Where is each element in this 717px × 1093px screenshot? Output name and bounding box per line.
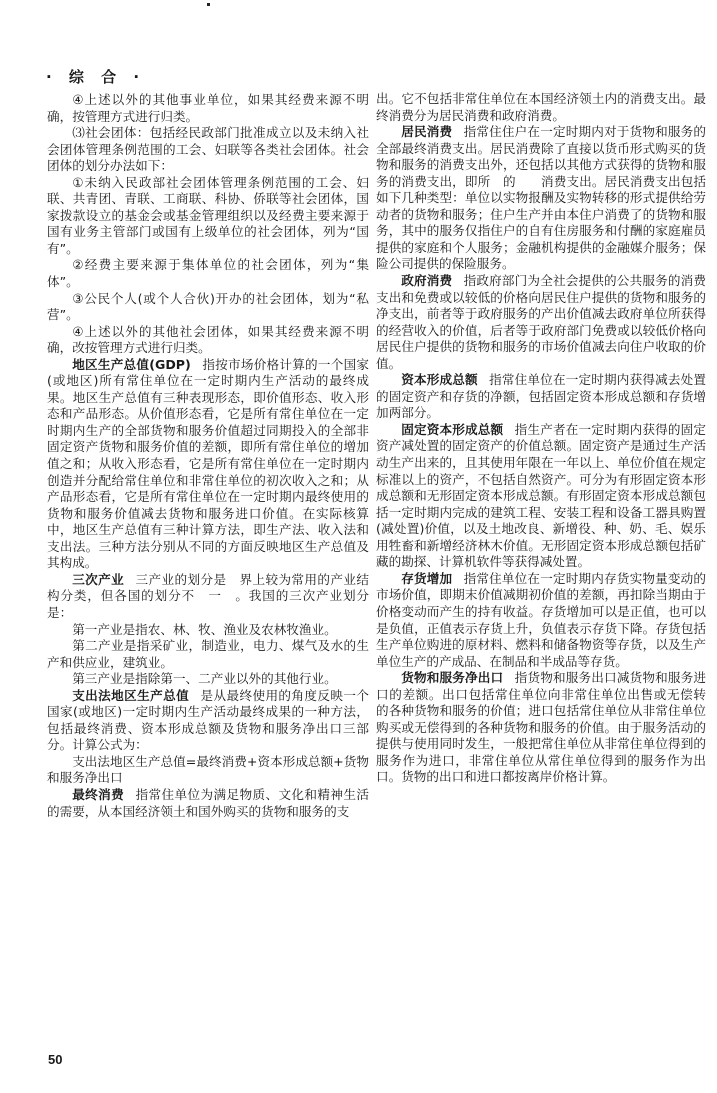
left-column: ④上述以外的其他事业单位，如果其经费来源不明确，按管理方式进行归类。⑶社会团体：… [47,92,369,820]
paragraph: ④上述以外的其他社会团体，如果其经费来源不明确，改按管理方式进行归类。 [47,324,369,357]
paragraph-text: ④上述以外的其他事业单位，如果其经费来源不明确，按管理方式进行归类。 [47,92,369,124]
term-heading: 固定资本形成总额 [401,422,503,437]
term-heading: 三次产业 [72,572,124,587]
paragraph: 固定资本形成总额指生产者在一定时期内获得的固定资产减处置的固定资产的价值总额。固… [376,422,706,571]
term-heading: 政府消费 [401,273,452,288]
term-heading: 居民消费 [401,124,452,139]
paragraph-text: ④上述以外的其他社会团体，如果其经费来源不明确，改按管理方式进行归类。 [47,324,369,356]
section-header: · 综 合 · [46,66,145,87]
paragraph-text: 第一产业是指农、林、牧、渔业及农林牧渔业。 [72,622,336,637]
term-heading: 最终消费 [72,787,124,802]
paragraph: 第一产业是指农、林、牧、渔业及农林牧渔业。 [47,622,369,639]
right-column: 出。它不包括非常住单位在本国经济领土内的消费支出。最终消费分为居民消费和政府消费… [376,91,706,786]
paragraph: ②经费主要来源于集体单位的社会团体，列为“集体”。 [47,257,369,290]
paragraph-text: 支出法地区生产总值=最终消费+资本形成总额+货物和服务净出口 [47,754,369,786]
term-heading: 地区生产总值(GDP) [72,357,191,372]
paragraph-text: ③公民个人(或个人合伙)开办的社会团体，划为“私营”。 [47,291,369,323]
paragraph: 出。它不包括非常住单位在本国经济领土内的消费支出。最终消费分为居民消费和政府消费… [376,91,706,124]
paragraph: 最终消费指常住单位为满足物质、文化和精神生活的需要，从本国经济领土和国外购买的货… [47,787,369,820]
paragraph: ①未纳入民政部社会团体管理条例范围的工会、妇联、共青团、青联、工商联、科协、侨联… [47,175,369,258]
paragraph: ④上述以外的其他事业单位，如果其经费来源不明确，按管理方式进行归类。 [47,92,369,125]
paragraph: ③公民个人(或个人合伙)开办的社会团体，划为“私营”。 [47,291,369,324]
paragraph-text: ①未纳入民政部社会团体管理条例范围的工会、妇联、共青团、青联、工商联、科协、侨联… [47,175,369,256]
paragraph: 第二产业是指采矿业，制造业，电力、煤气及水的生产和供应业，建筑业。 [47,638,369,671]
paragraph-text: 指按市场价格计算的一个国家(或地区)所有常住单位在一定时期内生产活动的最终成果。… [47,357,369,571]
paragraph: 支出法地区生产总值是从最终使用的角度反映一个国家(或地区)一定时期内生产活动最终… [47,688,369,754]
paragraph: 资本形成总额指常住单位在一定时期内获得减去处置的固定资产和存货的净额，包括固定资… [376,372,706,422]
paragraph: 第三产业是指除第一、二产业以外的其他行业。 [47,671,369,688]
paragraph: 政府消费指政府部门为全社会提供的公共服务的消费支出和免费或以较低的价格向居民住户… [376,273,706,372]
paragraph-text: 指货物和服务出口减货物和服务进口的差额。出口包括常住单位向非常住单位出售或无偿转… [376,670,717,784]
paragraph-text: 第三产业是指除第一、二产业以外的其他行业。 [72,671,336,686]
term-heading: 存货增加 [401,571,452,586]
paragraph: 存货增加指常住单位在一定时期内存货实物量变动的市场价值，即期末价值减期初价值的差… [376,571,706,670]
paragraph-text: 指常住住户在一定时期内对于货物和服务的全部最终消费支出。居民消费除了直接以货币形… [376,124,706,271]
term-heading: 支出法地区生产总值 [72,688,189,703]
paragraph-text: ⑶社会团体：包括经民政部门批准成立以及未纳入社会团体管理条例范围的工会、妇联等各… [47,125,369,173]
scan-speck [207,3,210,6]
page-number: 50 [48,1052,62,1067]
paragraph-text: 第二产业是指采矿业，制造业，电力、煤气及水的生产和供应业，建筑业。 [47,638,369,670]
paragraph: 货物和服务净出口指货物和服务出口减货物和服务进口的差额。出口包括常住单位向非常住… [376,670,706,786]
paragraph: ⑶社会团体：包括经民政部门批准成立以及未纳入社会团体管理条例范围的工会、妇联等各… [47,125,369,175]
paragraph: 支出法地区生产总值=最终消费+资本形成总额+货物和服务净出口 [47,754,369,787]
paragraph: 居民消费指常住住户在一定时期内对于货物和服务的全部最终消费支出。居民消费除了直接… [376,124,706,273]
paragraph-text: 指生产者在一定时期内获得的固定资产减处置的固定资产的价值总额。固定资产是通过生产… [376,422,706,569]
paragraph: 地区生产总值(GDP)指按市场价格计算的一个国家(或地区)所有常住单位在一定时期… [47,357,369,572]
term-heading: 货物和服务净出口 [401,670,503,685]
paragraph: 三次产业三产业的划分是 界上较为常用的产业结构分类，但各国的划分不 一 。我国的… [47,572,369,622]
paragraph-text: ②经费主要来源于集体单位的社会团体，列为“集体”。 [47,257,369,289]
term-heading: 资本形成总额 [401,372,478,387]
paragraph-text: 出。它不包括非常住单位在本国经济领土内的消费支出。最终消费分为居民消费和政府消费… [376,91,706,123]
